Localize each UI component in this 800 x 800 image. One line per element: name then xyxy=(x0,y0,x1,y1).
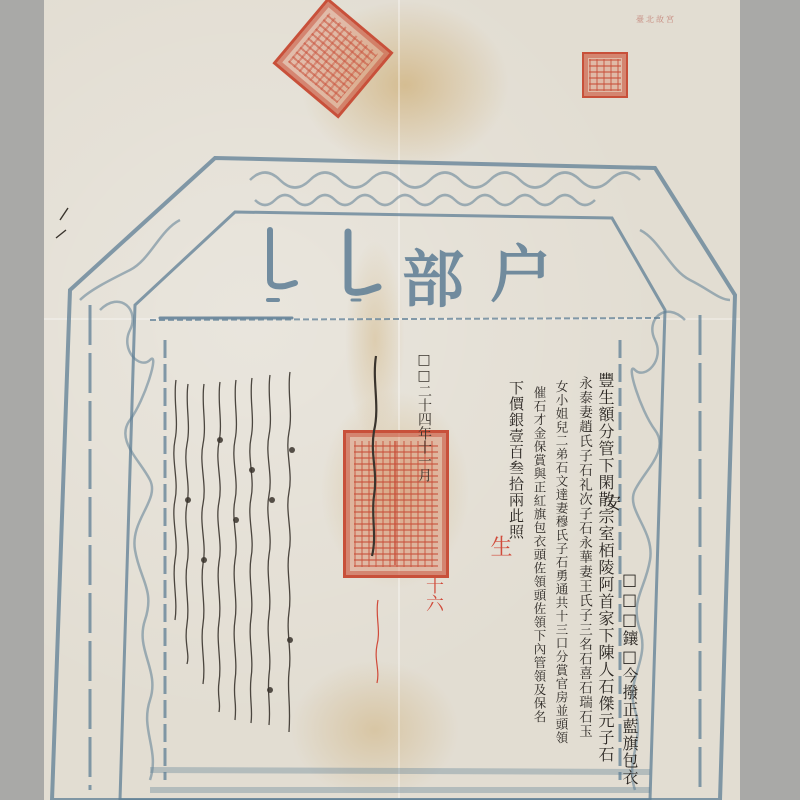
text-col-6: 催石才金保賞與正紅旗包衣頭佐領頭佐領下內管領及保名 xyxy=(530,386,549,724)
fold-line-horizontal xyxy=(44,318,740,320)
text-col-4: 永泰妻趙氏子石礼次子石永華妻王氏子三名石喜石瑞石玉 xyxy=(574,376,593,739)
fold-line-vertical xyxy=(398,0,400,800)
title-char-bu: 部 xyxy=(402,230,464,319)
date-column: □□二十四年十一月 xyxy=(414,352,434,482)
text-col-5: 女小姐兒二弟石文達妻穆氏子石勇通共十三口分賞官房並頭領 xyxy=(552,380,571,745)
red-signature: 生 xyxy=(484,535,515,557)
red-numeral: 十六 xyxy=(420,576,446,612)
text-col-2: □□□鑲□今撥正藍旗包衣 xyxy=(620,570,639,786)
stain-title xyxy=(345,240,405,440)
stain-bottom xyxy=(290,660,460,800)
text-col-3: 豐生額分管下閑散宗室栢陵阿首家下陳人石傑元子石 xyxy=(596,372,615,763)
text-col-7: 下價銀壹百叁拾兩此照 xyxy=(506,380,525,540)
seal-collector-top-right xyxy=(582,52,628,98)
title-char-hu: 户 xyxy=(490,225,552,314)
collection-label: 臺北故宮 xyxy=(636,14,676,25)
